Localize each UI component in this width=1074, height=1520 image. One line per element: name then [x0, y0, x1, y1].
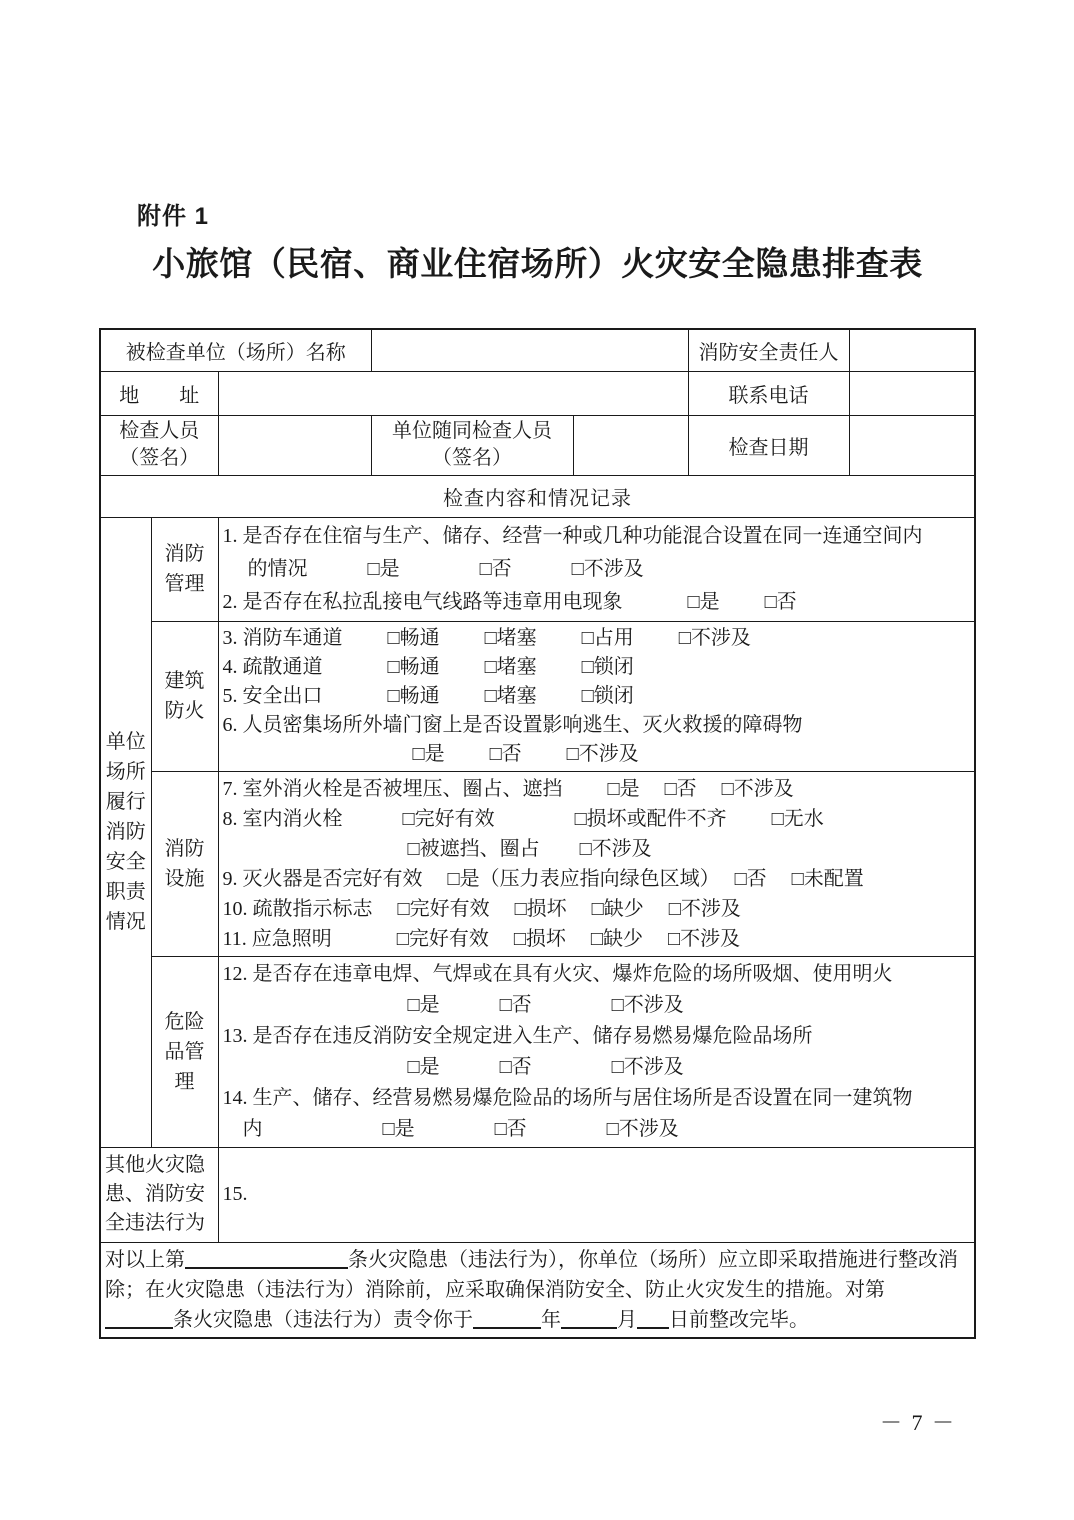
accompany-inspector-label: 单位随同检查人员 （签名）	[371, 415, 573, 475]
inspector-label: 检查人员 （签名）	[100, 415, 218, 475]
checklist-line-10: 10. 疏散指示标志 □完好有效 □损坏 □缺少 □不涉及	[223, 894, 971, 924]
rectification-notice: 对以上第条火灾隐患（违法行为），你单位（场所）应立即采取措施进行整改消 除；在火…	[100, 1242, 975, 1338]
checklist-line-5: 5. 安全出口 □畅通 □堵塞 □锁闭	[223, 682, 971, 711]
checklist-line-2: 2. 是否存在私拉乱接电气线路等违章用电现象 □是 □否	[223, 586, 971, 619]
section-hazardous-goods: 危险 品管 理 12. 是否存在违章电焊、气焊或在具有火灾、爆炸危险的场所吸烟、…	[100, 956, 975, 1147]
blank-underline	[561, 1307, 617, 1329]
notice-line-1: 对以上第条火灾隐患（违法行为），你单位（场所）应立即采取措施进行整改消	[105, 1245, 970, 1275]
checklist-line-1: 1. 是否存在住宿与生产、储存、经营一种或几种功能混合设置在同一连通空间内	[223, 520, 971, 553]
row-unit-name: 被检查单位（场所）名称 消防安全责任人	[100, 329, 975, 371]
other-hazards-label: 其他火灾隐患、消防安全违法行为	[100, 1147, 218, 1242]
section-content-hazardous-goods: 12. 是否存在违章电焊、气焊或在具有火灾、爆炸危险的场所吸烟、使用明火 □是 …	[218, 956, 975, 1147]
inspector-value-cell	[218, 415, 371, 475]
row-address: 地 址 联系电话	[100, 371, 975, 415]
section-label-fire-management: 消防 管理	[151, 517, 218, 621]
safety-officer-label: 消防安全责任人	[688, 329, 849, 371]
phone-label: 联系电话	[688, 371, 849, 415]
checklist-line-1-options: 的情况 □是 □否 □不涉及	[223, 553, 971, 586]
unit-name-label: 被检查单位（场所）名称	[100, 329, 371, 371]
checklist-line-9: 9. 灭火器是否完好有效 □是（压力表应指向绿色区域） □否 □未配置	[223, 864, 971, 894]
notice-text: 对以上第	[105, 1249, 185, 1271]
notice-text: 月	[617, 1309, 637, 1331]
address-label: 地 址	[100, 371, 218, 415]
row-inspectors: 检查人员 （签名） 单位随同检查人员 （签名） 检查日期	[100, 415, 975, 475]
inspection-date-value-cell	[849, 415, 975, 475]
checklist-line-3: 3. 消防车通道 □畅通 □堵塞 □占用 □不涉及	[223, 624, 971, 653]
section-label-building-fireproof: 建筑 防火	[151, 621, 218, 771]
notice-line-3: 条火灾隐患（违法行为）责令你于年月日前整改完毕。	[105, 1305, 970, 1335]
checklist-line-8: 8. 室内消火栓 □完好有效 □损坏或配件不齐 □无水	[223, 804, 971, 834]
checklist-line-11: 11. 应急照明 □完好有效 □损坏 □缺少 □不涉及	[223, 924, 971, 954]
accompany-inspector-value-cell	[573, 415, 688, 475]
checklist-line-12-options: □是 □否 □不涉及	[223, 990, 971, 1021]
blank-underline	[105, 1307, 173, 1329]
checklist-line-6: 6. 人员密集场所外墙门窗上是否设置影响逃生、灭火救援的障碍物	[223, 711, 971, 740]
section-label-fire-facilities: 消防 设施	[151, 771, 218, 956]
row-other-hazards: 其他火灾隐患、消防安全违法行为 15.	[100, 1147, 975, 1242]
address-value-cell	[218, 371, 688, 415]
blank-underline	[473, 1307, 541, 1329]
checklist-line-8-options: □被遮挡、圈占 □不涉及	[223, 834, 971, 864]
attachment-label: 附件 1	[137, 196, 209, 231]
checklist-line-13: 13. 是否存在违反消防安全规定进入生产、储存易燃易爆危险品场所	[223, 1021, 971, 1052]
section-fire-management: 单位 场所 履行 消防 安全 职责 情况 消防 管理 1. 是否存在住宿与生产、…	[100, 517, 975, 621]
notice-text: 条火灾隐患（违法行为），你单位（场所）应立即采取措施进行整改消	[348, 1249, 958, 1271]
blank-underline	[637, 1307, 669, 1329]
checklist-line-14: 14. 生产、储存、经营易燃易爆危险品的场所与居住场所是否设置在同一建筑物	[223, 1083, 971, 1114]
checklist-line-12: 12. 是否存在违章电焊、气焊或在具有火灾、爆炸危险的场所吸烟、使用明火	[223, 959, 971, 990]
inspection-date-label: 检查日期	[688, 415, 849, 475]
notice-text: 除；在火灾隐患（违法行为）消除前，应采取确保消防安全、防止火灾发生的措施。对第	[105, 1279, 885, 1301]
section-content-fire-facilities: 7. 室外消火栓是否被埋压、圈占、遮挡 □是 □否 □不涉及 8. 室内消火栓 …	[218, 771, 975, 956]
section-building-fireproof: 建筑 防火 3. 消防车通道 □畅通 □堵塞 □占用 □不涉及 4. 疏散通道 …	[100, 621, 975, 771]
checklist-line-4: 4. 疏散通道 □畅通 □堵塞 □锁闭	[223, 653, 971, 682]
page-title: 小旅馆（民宿、商业住宿场所）火灾安全隐患排查表	[99, 238, 976, 285]
row-rectification-notice: 对以上第条火灾隐患（违法行为），你单位（场所）应立即采取措施进行整改消 除；在火…	[100, 1242, 975, 1338]
checklist-line-13-options: □是 □否 □不涉及	[223, 1052, 971, 1083]
section-content-building-fireproof: 3. 消防车通道 □畅通 □堵塞 □占用 □不涉及 4. 疏散通道 □畅通 □堵…	[218, 621, 975, 771]
row-record-header: 检查内容和情况记录	[100, 475, 975, 517]
other-hazards-content: 15.	[218, 1147, 975, 1242]
notice-text: 年	[541, 1309, 561, 1331]
unit-name-value-cell	[371, 329, 688, 371]
notice-text: 条火灾隐患（违法行为）责令你于	[173, 1309, 473, 1331]
section-label-hazardous-goods: 危险 品管 理	[151, 956, 218, 1147]
blank-underline	[185, 1247, 348, 1269]
safety-officer-value-cell	[849, 329, 975, 371]
notice-text: 日前整改完毕。	[669, 1309, 809, 1331]
checklist-line-7: 7. 室外消火栓是否被埋压、圈占、遮挡 □是 □否 □不涉及	[223, 774, 971, 804]
duty-column-label: 单位 场所 履行 消防 安全 职责 情况	[100, 517, 151, 1147]
page-number: － 7 －	[880, 1406, 956, 1437]
section-content-fire-management: 1. 是否存在住宿与生产、储存、经营一种或几种功能混合设置在同一连通空间内 的情…	[218, 517, 975, 621]
checklist-line-6-options: □是 □否 □不涉及	[223, 740, 971, 769]
inspection-form-table: 被检查单位（场所）名称 消防安全责任人 地 址 联系电话 检查人员 （签名） 单…	[99, 328, 976, 1339]
record-header: 检查内容和情况记录	[100, 475, 975, 517]
checklist-line-14-options: 内 □是 □否 □不涉及	[223, 1114, 971, 1145]
phone-value-cell	[849, 371, 975, 415]
notice-line-2: 除；在火灾隐患（违法行为）消除前，应采取确保消防安全、防止火灾发生的措施。对第	[105, 1275, 970, 1305]
section-fire-facilities: 消防 设施 7. 室外消火栓是否被埋压、圈占、遮挡 □是 □否 □不涉及 8. …	[100, 771, 975, 956]
